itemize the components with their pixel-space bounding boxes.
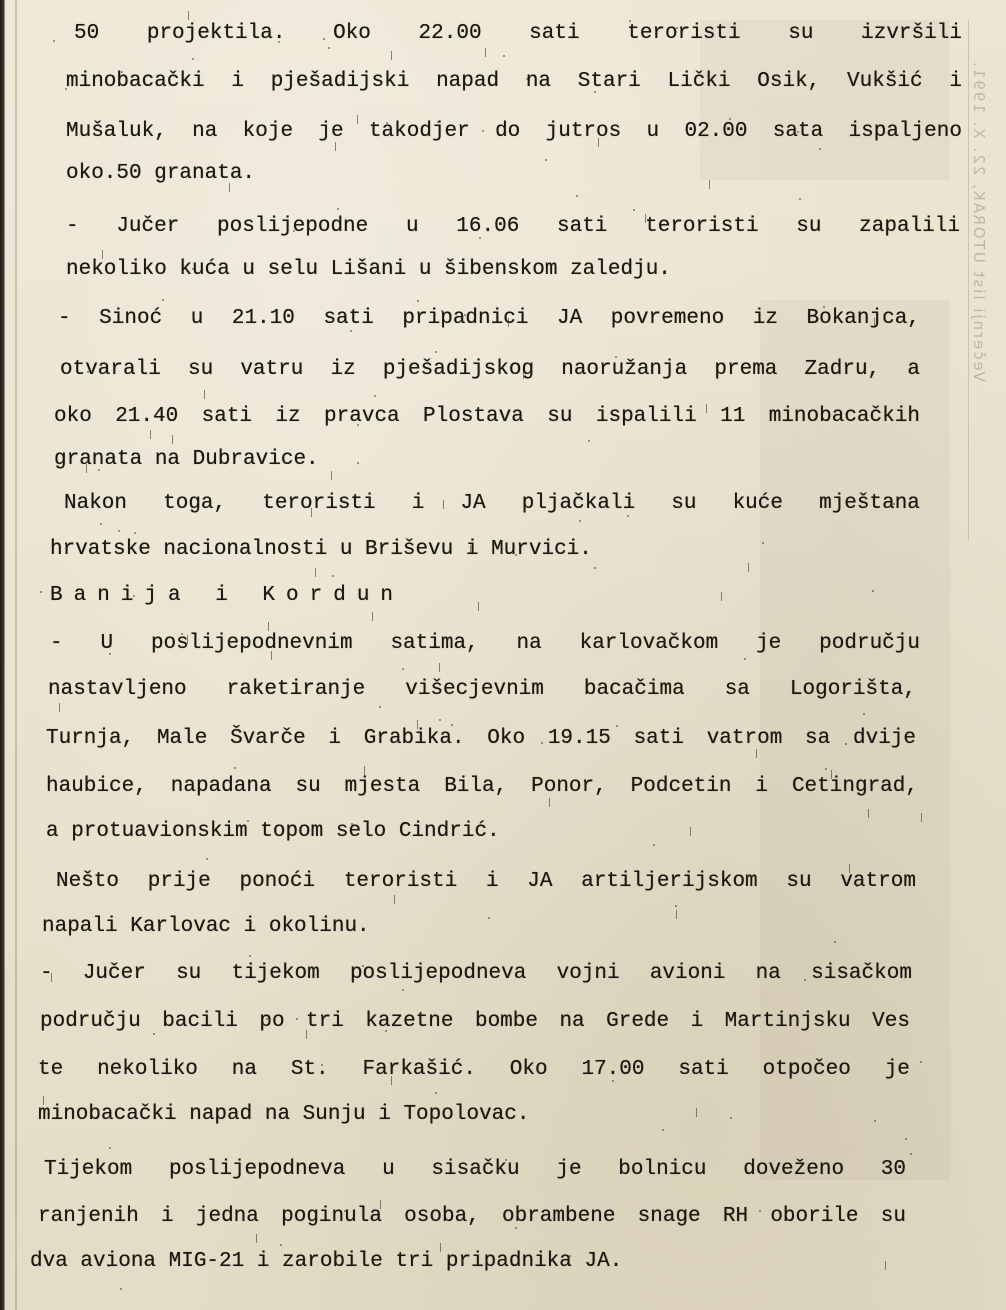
scan-speck	[709, 180, 710, 189]
word: karlovačkom	[580, 632, 719, 655]
scan-speck	[311, 508, 312, 517]
scan-speck	[515, 690, 517, 692]
word: JA	[460, 492, 485, 515]
scan-speck	[505, 1159, 507, 1161]
scan-speck	[362, 965, 364, 967]
text-line: oko21.40satiizpravcaPlostavasuispalili11…	[54, 405, 920, 428]
word: do	[495, 120, 520, 143]
scan-speck	[868, 809, 869, 818]
word: RH	[723, 1205, 748, 1228]
word: Tijekom	[44, 1158, 132, 1181]
word: sati	[634, 727, 684, 750]
word: Sinoć	[99, 307, 162, 330]
word: sati	[678, 1058, 728, 1081]
word: vojni	[557, 962, 620, 985]
word: snage	[638, 1205, 701, 1228]
word: Male	[157, 727, 207, 750]
word: zapalili	[859, 215, 960, 238]
scan-speck	[508, 318, 509, 327]
scan-speck	[364, 766, 365, 775]
scan-speck	[545, 159, 547, 161]
text-line: Mušaluk,nakojejetakodjerdojutrosu02.00sa…	[66, 120, 962, 143]
word: su	[671, 492, 696, 515]
word: pješadijski	[271, 70, 410, 93]
scan-speck	[706, 404, 707, 413]
word: u	[406, 215, 419, 238]
scan-speck	[885, 1261, 886, 1270]
section-heading: Banija i Kordun	[50, 584, 404, 607]
word: koje	[243, 120, 293, 143]
word: poslijepodneva	[350, 962, 526, 985]
word: Jučer	[116, 215, 179, 238]
scan-speck	[402, 989, 404, 991]
word: Osik,	[757, 70, 820, 93]
text-line: oko.50 granata.	[66, 162, 255, 185]
text-line: ranjenihijednapoginulaosoba,obrambenesna…	[38, 1205, 906, 1228]
word: raketiranje	[227, 678, 366, 701]
word: ispalili	[596, 405, 697, 428]
scan-speck	[676, 910, 677, 919]
word: Stari	[578, 70, 641, 93]
word: -	[66, 215, 79, 238]
word: na	[756, 962, 781, 985]
text-line: Turnja,MaleŠvarčeiGrabika.Oko19.15sativa…	[46, 727, 916, 750]
scan-speck	[229, 183, 230, 192]
scan-speck	[391, 51, 392, 60]
word: minobacački	[66, 70, 205, 93]
scan-speck	[488, 917, 490, 919]
word: poslijepodne	[217, 215, 368, 238]
word: Nakon	[64, 492, 127, 515]
scan-speck	[321, 1064, 323, 1066]
word: te	[38, 1058, 63, 1081]
word: Turnja,	[46, 727, 134, 750]
scan-speck	[594, 567, 596, 569]
word: dvije	[853, 727, 916, 750]
word: osoba,	[404, 1205, 480, 1228]
word: 21.10	[232, 307, 295, 330]
word: kuće	[733, 492, 783, 515]
word: Ponor,	[531, 775, 607, 798]
scan-speck	[721, 592, 722, 601]
word: nastavljeno	[48, 678, 187, 701]
scanned-page: Večernji list UTORAK, 22. X. 1991. 50pro…	[0, 0, 1006, 1310]
scan-speck	[831, 770, 832, 779]
word: su	[188, 358, 213, 381]
scan-speck	[86, 464, 87, 473]
scan-speck	[372, 612, 373, 621]
word: oko	[54, 405, 92, 428]
word: kazetne	[365, 1010, 453, 1033]
scan-speck	[51, 973, 52, 982]
text-line: 50projektila.Oko22.00satiteroristisuizvr…	[74, 22, 962, 45]
word: tri	[306, 1010, 344, 1033]
text-line: granata na Dubravice.	[54, 448, 319, 471]
word: minobacačkih	[769, 405, 920, 428]
word: JA	[557, 307, 582, 330]
word: naoružanja	[561, 358, 687, 381]
word: doveženo	[743, 1158, 844, 1181]
word: Zadru,	[805, 358, 881, 381]
scan-speck	[612, 1080, 614, 1082]
scan-speck	[696, 1108, 697, 1117]
scan-speck	[159, 925, 161, 927]
scan-speck	[439, 719, 441, 721]
scan-speck	[188, 11, 189, 20]
word: i	[231, 70, 244, 93]
text-line: -Jučersutijekomposlijepodnevavojniavioni…	[40, 962, 912, 985]
word: su	[296, 775, 321, 798]
scan-speck	[306, 1030, 307, 1039]
word: takodjer	[369, 120, 470, 143]
word: u	[647, 120, 660, 143]
scan-speck	[470, 545, 471, 554]
word: su	[547, 405, 572, 428]
scan-speck	[549, 798, 550, 807]
word: su	[786, 870, 811, 893]
text-line: dva aviona MIG-21 i zarobile tri pripadn…	[30, 1250, 622, 1273]
word: poslijepodneva	[169, 1158, 345, 1181]
word: Logorišta,	[790, 678, 916, 701]
scan-speck	[576, 195, 578, 197]
word: bacačima	[584, 678, 685, 701]
word: Plostava	[423, 405, 524, 428]
text-line: a protuavionskim topom selo Cindrić.	[46, 820, 500, 843]
word: vatrom	[840, 870, 916, 893]
text-line: NeštoprijeponoćiteroristiiJAartiljerijsk…	[56, 870, 916, 893]
text-line: područjubacilipotrikazetnebombenaGredeiM…	[40, 1010, 910, 1033]
word: na	[192, 120, 217, 143]
word: teroristi	[262, 492, 375, 515]
word: mještana	[819, 492, 920, 515]
scan-speck	[249, 955, 251, 957]
word: sati	[529, 22, 579, 45]
scan-speck	[417, 720, 418, 729]
word: iz	[753, 307, 778, 330]
word: sati	[323, 307, 373, 330]
scan-speck	[357, 115, 358, 124]
scan-speck	[192, 268, 194, 270]
word: 11	[720, 405, 745, 428]
document-body: 50projektila.Oko22.00satiteroristisuizvr…	[0, 0, 1006, 1310]
word: su	[796, 215, 821, 238]
word: jutros	[546, 120, 622, 143]
word: izvršili	[861, 22, 962, 45]
word: Mušaluk,	[66, 120, 167, 143]
scan-speck	[541, 742, 543, 744]
word: i	[412, 492, 425, 515]
scan-speck	[65, 88, 67, 90]
scan-speck	[108, 1265, 110, 1267]
scan-speck	[268, 622, 269, 631]
word: na	[232, 1058, 257, 1081]
scan-speck	[921, 813, 922, 822]
text-line: Tijekomposlijepodnevausisačkujebolnicudo…	[44, 1158, 906, 1181]
word: prije	[148, 870, 211, 893]
text-line: nastavljenoraketiranjevišecjevnimbacačim…	[48, 678, 916, 701]
scan-speck	[153, 1033, 155, 1035]
word: bombe	[475, 1010, 538, 1033]
scan-speck	[204, 390, 205, 399]
word: Oko	[333, 22, 371, 45]
word: Lički	[668, 70, 731, 93]
scan-speck	[59, 703, 60, 712]
scan-speck	[100, 523, 102, 525]
word: sati	[202, 405, 252, 428]
scan-speck	[402, 668, 404, 670]
scan-speck	[451, 724, 453, 726]
scan-speck	[296, 1018, 298, 1020]
word: avioni	[650, 962, 726, 985]
scan-speck	[234, 767, 236, 769]
word: je	[556, 1158, 581, 1181]
scan-speck	[633, 209, 635, 211]
scan-speck	[662, 1129, 664, 1131]
scan-speck	[335, 142, 336, 151]
word: 22.00	[419, 22, 482, 45]
word: sa	[725, 678, 750, 701]
scan-speck	[825, 768, 827, 770]
word: mjesta	[345, 775, 421, 798]
word: i	[755, 775, 768, 798]
scan-speck	[181, 633, 183, 635]
word: nekoliko	[97, 1058, 198, 1081]
word: Grabika.	[364, 727, 465, 750]
word: pripadnici	[402, 307, 528, 330]
scan-speck	[920, 1061, 922, 1063]
word: ranjenih	[38, 1205, 139, 1228]
scan-speck	[391, 1076, 392, 1085]
scan-speck	[187, 635, 188, 644]
scan-speck	[664, 270, 666, 272]
word: 16.06	[456, 215, 519, 238]
word: ponoći	[239, 870, 315, 893]
word: području	[40, 1010, 141, 1033]
scan-speck	[172, 435, 173, 444]
text-line: otvaralisuvatruizpješadijskognaoružanjap…	[60, 358, 920, 381]
text-line: -Jučerposlijepodneu16.06satiteroristisuz…	[66, 215, 960, 238]
word: otpočeo	[763, 1058, 851, 1081]
scan-speck	[874, 318, 875, 327]
word: u	[191, 307, 204, 330]
scan-speck	[645, 214, 646, 223]
scan-speck	[478, 602, 479, 611]
word: i	[161, 1205, 174, 1228]
word: 50	[74, 22, 99, 45]
word: i	[691, 1010, 704, 1033]
scan-speck	[443, 500, 444, 509]
word: je	[756, 632, 781, 655]
scan-speck	[201, 454, 203, 456]
scan-speck	[380, 1200, 381, 1209]
word: sisačkom	[811, 962, 912, 985]
word: su	[176, 962, 201, 985]
scan-speck	[98, 469, 100, 471]
word: pljačkali	[522, 492, 635, 515]
word: haubice,	[46, 775, 147, 798]
text-line: napali Karlovac i okolinu.	[42, 915, 370, 938]
text-line: minobacačkiipješadijskinapadnaStariLički…	[66, 70, 962, 93]
word: teroristi	[344, 870, 457, 893]
word: na	[559, 1010, 584, 1033]
word: su	[788, 22, 813, 45]
word: Jučer	[83, 962, 146, 985]
word: satima,	[390, 632, 478, 655]
word: JA	[527, 870, 552, 893]
word: bacili	[162, 1010, 238, 1033]
word: otvarali	[60, 358, 161, 381]
scan-speck	[394, 895, 395, 904]
scan-speck	[598, 138, 599, 147]
word: višecjevnim	[405, 678, 544, 701]
word: iz	[330, 358, 355, 381]
scan-speck	[523, 370, 524, 379]
word: Švarče	[230, 727, 306, 750]
word: -	[50, 632, 63, 655]
word: po	[259, 1010, 284, 1033]
word: artiljerijskom	[581, 870, 757, 893]
scan-speck	[629, 20, 631, 22]
text-line: nekoliko kuća u selu Lišani u šibenskom …	[66, 258, 671, 281]
scan-speck	[247, 820, 249, 822]
word: bolnicu	[618, 1158, 706, 1181]
word: i	[486, 870, 499, 893]
word: i	[328, 727, 341, 750]
scan-speck	[102, 250, 103, 259]
scan-speck	[515, 1227, 517, 1229]
word: 02.00	[684, 120, 747, 143]
scan-speck	[331, 471, 332, 480]
word: napad	[436, 70, 499, 93]
word: obrambene	[502, 1205, 615, 1228]
text-line: haubice,napadanasumjestaBila,Ponor,Podce…	[46, 775, 918, 798]
word: Vukšić	[847, 70, 923, 93]
word: vatrom	[707, 727, 783, 750]
scan-speck	[804, 979, 806, 981]
word: poslijepodnevnim	[151, 632, 353, 655]
word: Podcetin	[631, 775, 732, 798]
word: U	[100, 632, 113, 655]
word: iz	[275, 405, 300, 428]
word: jedna	[196, 1205, 259, 1228]
scan-speck	[133, 595, 135, 597]
scan-speck	[280, 1244, 282, 1246]
word: je	[885, 1058, 910, 1081]
word: teroristi	[627, 22, 740, 45]
word: Nešto	[56, 870, 119, 893]
scan-speck	[799, 198, 801, 200]
word: 19.15	[548, 727, 611, 750]
word: sa	[805, 727, 830, 750]
text-line: Nakontoga,teroristiiJApljačkalisukućemje…	[64, 492, 920, 515]
scan-speck	[435, 1092, 437, 1094]
scan-speck	[350, 330, 352, 332]
scan-speck	[87, 371, 89, 373]
scan-speck	[756, 749, 757, 758]
word: oborile	[770, 1205, 858, 1228]
scan-speck	[690, 827, 691, 836]
scan-speck	[43, 1096, 44, 1105]
word: pješadijskog	[383, 358, 534, 381]
word: tijekom	[232, 962, 320, 985]
text-line: -Uposlijepodnevnimsatima,nakarlovačkomje…	[50, 632, 920, 655]
word: -	[58, 307, 71, 330]
word: na	[517, 632, 542, 655]
word: Cetingrad,	[792, 775, 918, 798]
text-line: hrvatske nacionalnosti u Briševu i Murvi…	[50, 538, 592, 561]
word: sati	[557, 215, 607, 238]
scan-speck	[748, 563, 749, 572]
scan-speck	[67, 785, 69, 787]
word: Farkašić.	[363, 1058, 476, 1081]
scan-speck	[485, 48, 486, 57]
word: Bila,	[444, 775, 507, 798]
word: 21.40	[115, 405, 178, 428]
scan-speck	[315, 568, 316, 577]
word: prema	[714, 358, 777, 381]
word: pravca	[324, 405, 400, 428]
scan-speck	[440, 1243, 441, 1252]
word: je	[318, 120, 343, 143]
scan-speck	[856, 885, 858, 887]
scan-speck	[53, 40, 55, 42]
scan-speck	[293, 230, 295, 232]
word: Oko	[510, 1058, 548, 1081]
word: Grede	[606, 1010, 669, 1033]
word: teroristi	[645, 215, 758, 238]
word: su	[881, 1205, 906, 1228]
word: povremeno	[611, 307, 724, 330]
word: napadana	[171, 775, 272, 798]
scan-speck	[439, 663, 440, 672]
word: području	[819, 632, 920, 655]
word: 30	[881, 1158, 906, 1181]
word: vatru	[240, 358, 303, 381]
text-line: minobacački napad na Sunju i Topolovac.	[38, 1103, 529, 1126]
word: St.	[291, 1058, 329, 1081]
word: u	[382, 1158, 395, 1181]
word: poginula	[281, 1205, 382, 1228]
word: Oko	[487, 727, 525, 750]
scan-speck	[627, 515, 629, 517]
scan-speck	[357, 462, 359, 464]
word: Bokanjca,	[806, 307, 919, 330]
scan-speck	[206, 858, 208, 860]
word: 17.00	[581, 1058, 644, 1081]
word: na	[526, 70, 551, 93]
word: Ves	[872, 1010, 910, 1033]
scan-speck	[150, 430, 151, 439]
scan-speck	[849, 864, 850, 873]
word: toga,	[163, 492, 226, 515]
scan-speck	[905, 1138, 907, 1140]
text-line: tenekolikonaSt.Farkašić.Oko17.00satiotpo…	[38, 1058, 910, 1081]
scan-speck	[351, 823, 353, 825]
scan-speck	[271, 651, 272, 660]
word: projektila.	[147, 22, 286, 45]
text-line: -Sinoću21.10satipripadniciJApovremenoizB…	[58, 307, 920, 330]
word: a	[907, 358, 920, 381]
word: sisačku	[431, 1158, 519, 1181]
word: Martinjsku	[725, 1010, 851, 1033]
word: ispaljeno	[849, 120, 962, 143]
scan-speck	[256, 1234, 257, 1243]
word: i	[949, 70, 962, 93]
